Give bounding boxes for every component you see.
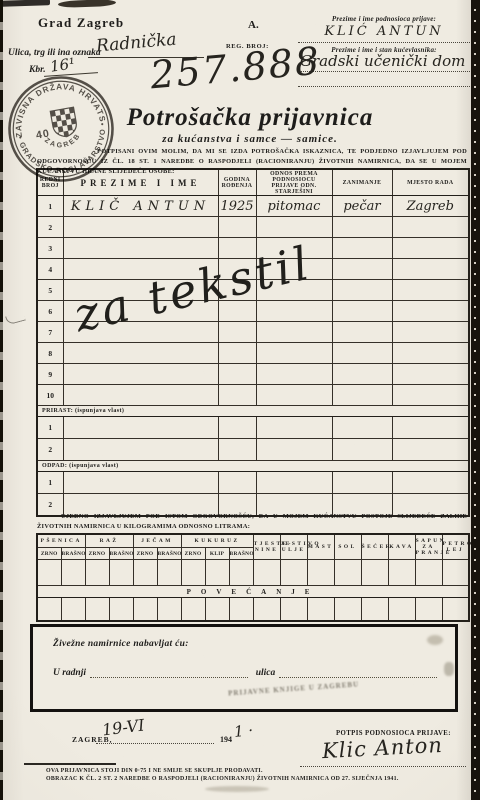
section-band-row: POVEĆANJE: [37, 586, 469, 598]
ruled-line: [298, 71, 476, 72]
empty-cell: [37, 560, 61, 586]
cell-occupation: [332, 301, 392, 322]
supplies-statement: UJEDNO IZJAVLJUJEM POD ISTOM ODGOVORNOŠĆ…: [37, 512, 467, 532]
empty-cell: [415, 560, 442, 586]
purchase-heading: Živežne namirnice nabavljat ću:: [53, 639, 189, 649]
film-edge-left: [0, 0, 3, 800]
ulica-label: ulica: [256, 668, 276, 678]
empty-cell: [181, 598, 205, 622]
cell-occupation: pečar: [332, 196, 392, 217]
row-number: 10: [37, 385, 63, 406]
scan-smudge: [0, 0, 50, 7]
supplies-table: PŠENICARAŽJEČAMKUKURUZTJESTE- NINEJESTIV…: [36, 533, 470, 622]
empty-cell: [442, 560, 469, 586]
empty-cell: [361, 598, 388, 622]
row-number: 9: [37, 364, 63, 385]
group-header-row: PŠENICARAŽJEČAMKUKURUZTJESTE- NINEJESTIV…: [37, 534, 469, 548]
cell-workplace: [392, 385, 469, 406]
year-handwritten: 1 ·: [233, 721, 254, 741]
group-header: JEČAM: [133, 534, 181, 548]
footer-rule: [24, 763, 116, 765]
empty-cell: [334, 598, 361, 622]
row-number: 8: [37, 343, 63, 364]
povecanje-band: POVEĆANJE: [37, 586, 469, 598]
empty-cell: [361, 560, 388, 586]
cell-occupation: [332, 364, 392, 385]
scanned-form-page: Grad Zagreb A. Prezime i ime podnosioca …: [0, 0, 480, 800]
shop-label: U radnji: [53, 668, 86, 678]
cell-name: [63, 364, 218, 385]
city-heading: Grad Zagreb: [38, 15, 124, 31]
cell-year: [218, 385, 256, 406]
cell-workplace: [392, 280, 469, 301]
row-number: 5: [37, 280, 63, 301]
ruled-line: [96, 743, 214, 744]
cell-relation: [256, 343, 332, 364]
faint-rubber-stamp: PRIJAVNE KNJIGE U ZAGREBU: [228, 680, 359, 697]
official-round-stamp: NEZAVISNA DRŽAVA HRVATSKA • GRADSKO POGL…: [0, 61, 129, 198]
column-header: GODINA ROĐENJA: [218, 169, 256, 196]
empty-cell: [307, 598, 334, 622]
cell-year: [218, 343, 256, 364]
column-header: SAPUN ZA PRANJE: [415, 534, 442, 560]
cell-name: KLIČ ANTUN: [63, 196, 218, 217]
empty-cell: [256, 439, 332, 461]
empty-cell: [109, 560, 133, 586]
cell-relation: [256, 301, 332, 322]
empty-cell: [388, 598, 415, 622]
table-row: 10: [37, 385, 469, 406]
row-number: 2: [37, 217, 63, 238]
cell-occupation: [332, 343, 392, 364]
section-band-row: ODPAD: (ispunjava vlast): [37, 461, 469, 472]
signature-value: Klic Anton: [321, 733, 443, 763]
row-number: 1: [37, 196, 63, 217]
sub-header: ZRNO: [181, 548, 205, 560]
empty-cell: [392, 439, 469, 461]
table-row: 1: [37, 417, 469, 439]
empty-cell: [280, 560, 307, 586]
column-header: MJESTO RADA: [392, 169, 469, 196]
section-band-label: PRIRAST: (ispunjava vlast): [37, 406, 469, 417]
cell-occupation: [332, 259, 392, 280]
table-row: 1KLIČ ANTUN1925pitomacpečarZagreb: [37, 196, 469, 217]
empty-cell: [334, 560, 361, 586]
column-header: ZANIMANJE: [332, 169, 392, 196]
scan-mark: [5, 312, 26, 326]
empty-cell: [157, 560, 181, 586]
row-number: 4: [37, 259, 63, 280]
row-number: 3: [37, 238, 63, 259]
scan-smudge: [444, 662, 454, 676]
column-header: ŠEĆER: [361, 534, 388, 560]
stamp-text-bottom: • GRADSKO POGLAVARSTVO •: [16, 121, 115, 183]
sub-header: BRAŠNO: [229, 548, 253, 560]
table-row: [37, 598, 469, 622]
scan-smudge: [205, 786, 269, 792]
sub-header: BRAŠNO: [61, 548, 85, 560]
persons-table: REDNI BROJPREZIME I IMEGODINA ROĐENJAODN…: [36, 168, 470, 517]
empty-cell: [63, 472, 218, 494]
scan-smudge: [58, 0, 116, 8]
table-row: 1: [37, 472, 469, 494]
purchase-box: Živežne namirnice nabavljat ću: U radnji…: [30, 624, 458, 712]
applicant-name-value: KLIĆ ANTUN: [298, 24, 470, 43]
cell-occupation: [332, 238, 392, 259]
empty-cell: [442, 598, 469, 622]
film-edge-right: [471, 0, 480, 800]
footer-line-1: OVA PRIJAVNICA STOJI DIN 0·75 I NE SMIJE…: [46, 768, 446, 774]
empty-cell: [37, 598, 61, 622]
cell-workplace: [392, 259, 469, 280]
empty-cell: [229, 598, 253, 622]
cell-name: [63, 217, 218, 238]
cell-workplace: [392, 343, 469, 364]
empty-cell: [63, 417, 218, 439]
column-header: TJESTE- NINE: [253, 534, 280, 560]
cell-year: [218, 322, 256, 343]
sub-header: BRAŠNO: [157, 548, 181, 560]
cell-name: [63, 238, 218, 259]
ruled-line: [298, 86, 476, 87]
column-header: SOL: [334, 534, 361, 560]
year-printed: 194: [220, 735, 232, 744]
row-number: 1: [37, 472, 63, 494]
empty-cell: [392, 417, 469, 439]
column-header: JESTIVO ULJE: [280, 534, 307, 560]
sub-header: BRAŠNO: [109, 548, 133, 560]
empty-cell: [205, 560, 229, 586]
sub-header: ZRNO: [133, 548, 157, 560]
footer-line-2: OBRAZAC K ČL. 2 ST. 2 NAREDBE O RASPODJE…: [46, 776, 456, 782]
empty-cell: [256, 417, 332, 439]
empty-cell: [307, 560, 334, 586]
empty-cell: [332, 472, 392, 494]
cell-occupation: [332, 217, 392, 238]
cell-occupation: [332, 385, 392, 406]
cell-relation: [256, 322, 332, 343]
empty-cell: [205, 598, 229, 622]
column-header: ODNOS PREMA PODNOSIOCU PRIJAVE ODN. STAR…: [256, 169, 332, 196]
cell-year: [218, 217, 256, 238]
fill-in-line: [90, 667, 248, 678]
empty-cell: [157, 598, 181, 622]
fill-in-line: [279, 667, 437, 678]
table-row: 9: [37, 364, 469, 385]
empty-cell: [229, 560, 253, 586]
cell-year: 1925: [218, 196, 256, 217]
cell-workplace: Zagreb: [392, 196, 469, 217]
column-header: MAST: [307, 534, 334, 560]
empty-cell: [388, 560, 415, 586]
empty-cell: [109, 598, 133, 622]
empty-cell: [133, 598, 157, 622]
empty-cell: [218, 417, 256, 439]
stamp-number: 40: [35, 127, 51, 141]
cell-workplace: [392, 364, 469, 385]
sub-header: ZRNO: [85, 548, 109, 560]
empty-cell: [218, 472, 256, 494]
table-row: 8: [37, 343, 469, 364]
cell-name: [63, 343, 218, 364]
ruled-line: [300, 766, 466, 767]
cell-year: [218, 364, 256, 385]
cell-name: [63, 385, 218, 406]
empty-cell: [85, 598, 109, 622]
empty-cell: [61, 598, 85, 622]
row-number: 6: [37, 301, 63, 322]
cell-occupation: [332, 322, 392, 343]
group-header: PŠENICA: [37, 534, 85, 548]
empty-cell: [218, 439, 256, 461]
table-row: [37, 560, 469, 586]
empty-cell: [253, 598, 280, 622]
row-number: 7: [37, 322, 63, 343]
cell-relation: [256, 364, 332, 385]
cell-workplace: [392, 301, 469, 322]
table-row: 2: [37, 439, 469, 461]
cell-workplace: [392, 322, 469, 343]
empty-cell: [332, 417, 392, 439]
sub-header: KLIP: [205, 548, 229, 560]
group-header: RAŽ: [85, 534, 133, 548]
empty-cell: [181, 560, 205, 586]
form-section-letter: A.: [248, 19, 259, 31]
empty-cell: [61, 560, 85, 586]
table-row: 2: [37, 217, 469, 238]
cell-workplace: [392, 238, 469, 259]
sub-header: ZRNO: [37, 548, 61, 560]
cell-relation: [256, 385, 332, 406]
empty-cell: [63, 439, 218, 461]
group-header: KUKURUZ: [181, 534, 253, 548]
svg-text:• GRADSKO POGLAVARSTVO •: • GRADSKO POGLAVARSTVO •: [16, 121, 115, 183]
row-number: 1: [37, 417, 63, 439]
scan-smudge: [427, 635, 443, 645]
cell-relation: pitomac: [256, 196, 332, 217]
cell-occupation: [332, 280, 392, 301]
empty-cell: [253, 560, 280, 586]
column-header: KAVA: [388, 534, 415, 560]
empty-cell: [392, 472, 469, 494]
applicant-name-label: Prezime i ime podnosioca prijave:: [298, 15, 470, 23]
empty-cell: [332, 439, 392, 461]
section-band-label: ODPAD: (ispunjava vlast): [37, 461, 469, 472]
persons-table-grid: REDNI BROJPREZIME I IMEGODINA ROĐENJAODN…: [36, 168, 470, 517]
date-handwritten: 19-VI: [101, 715, 145, 739]
row-number: 2: [37, 439, 63, 461]
empty-cell: [133, 560, 157, 586]
cell-relation: [256, 217, 332, 238]
supplies-table-grid: PŠENICARAŽJEČAMKUKURUZTJESTE- NINEJESTIV…: [36, 533, 470, 622]
empty-cell: [85, 560, 109, 586]
empty-cell: [280, 598, 307, 622]
empty-cell: [256, 472, 332, 494]
landlord-value: Gradski učenički dom: [300, 52, 480, 70]
section-band-row: PRIRAST: (ispunjava vlast): [37, 406, 469, 417]
cell-workplace: [392, 217, 469, 238]
empty-cell: [415, 598, 442, 622]
